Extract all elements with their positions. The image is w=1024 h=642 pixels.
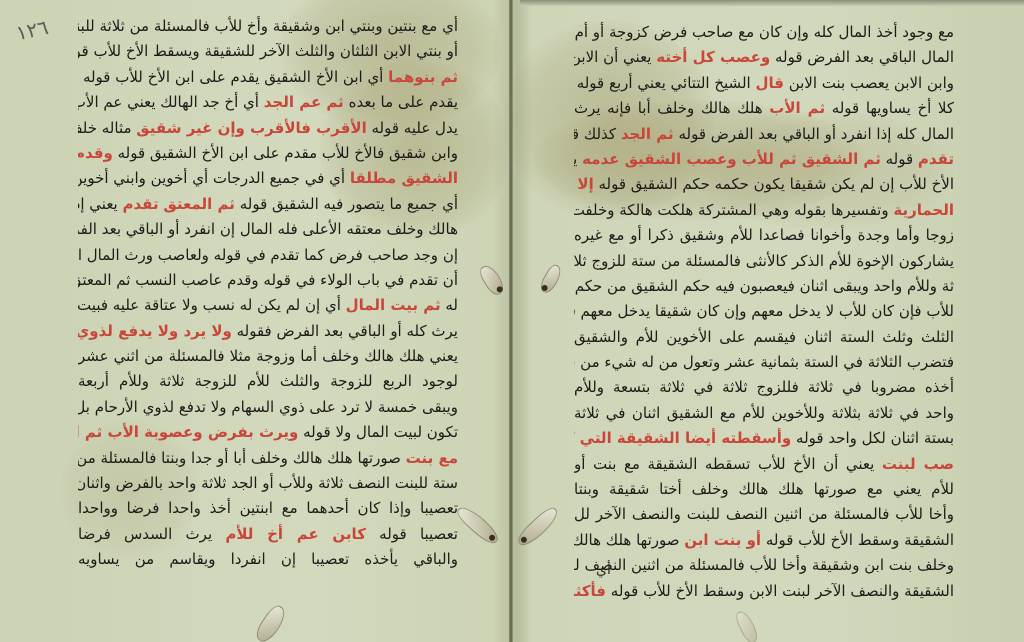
rubric-text: ثم الأب xyxy=(769,99,825,117)
body-text: الشقيقة والنصف الآخر لبنت الابن وسقط الأ… xyxy=(606,582,954,600)
manuscript-line: لوجود الربع للزوجة والثلث للأم للزوجة ثل… xyxy=(78,369,458,394)
body-text: للأب فإن كان للأب لا يدخل معهم وإن كان ش… xyxy=(574,302,954,320)
body-text: أو بنتي الابن الثلثان والثلث الآخر للشقي… xyxy=(78,42,458,60)
left-page: ١٢٦ أي مع بنتين وبنتي ابن وشقيقة وأخ للأ… xyxy=(0,0,512,642)
body-text: ثة وللأم واحد ويبقى اثنان فيعصبون فيه حك… xyxy=(574,277,954,295)
body-text: يرث كله أو الباقي بعد الفرض فقوله xyxy=(232,322,458,340)
manuscript-line: ويبقى خمسة لا ترد على ذوي السهام ولا تدف… xyxy=(78,395,458,420)
rubric-text: إلا في xyxy=(574,175,594,193)
body-text: المال الباقي بعد الفرض قوله xyxy=(770,48,954,66)
body-text: ستة للبنت النصف ثلاثة وللأب أو الجد ثلاث… xyxy=(78,474,458,492)
manuscript-line: الشقيقة وسقط الأخ للأب قوله أو بنت ابن ص… xyxy=(574,528,954,553)
body-text: يدل عليه قوله xyxy=(367,119,458,137)
body-text: يشاركون الإخوة للأم الذكر كالأنثى فالمسئ… xyxy=(574,252,954,270)
rubric-text: وأسقطته أيضا الشقيقة التي كالعا xyxy=(574,429,791,447)
body-text: تعصيبا قوله xyxy=(366,525,458,543)
manuscript-line: وخلف بنت ابن وشقيقة وأخا للأب فالمسئلة م… xyxy=(574,553,954,578)
manuscript-line: مع بنت صورتها هلك هالك وخلف أبا أو جدا و… xyxy=(78,446,458,471)
body-text: لوجود الربع للزوجة والثلث للأم للزوجة ثل… xyxy=(78,372,458,390)
body-text: يقدم على ما بعده xyxy=(344,93,458,111)
manuscript-line: وابن شقيق فالأخ للأب مقدم على ابن الأخ ا… xyxy=(78,141,458,166)
body-text: وابن الابن يعصب بنت الابن xyxy=(784,74,954,92)
rubric-text: ثم بنوهما xyxy=(388,68,458,86)
rubric-text: الشقيق مطلقا xyxy=(350,169,458,187)
manuscript-spread: ١٢٦ أي مع بنتين وبنتي ابن وشقيقة وأخ للأ… xyxy=(0,0,1024,642)
catchword: أي xyxy=(596,562,611,578)
body-text: صورتها هلك هالك وخلف أبا أو جدا وبنتا فا… xyxy=(78,449,406,467)
body-text: وتفسيرها بقوله وهي المشتركة هلكت هالكة و… xyxy=(574,201,893,219)
body-text: واحد في ثلاثة بثلاثة وللأخوين للأم مع ال… xyxy=(574,404,954,422)
rubric-text: فأكثر xyxy=(574,582,606,600)
body-text: يعني إذا هلك xyxy=(78,195,123,213)
body-text: كلا أخ يساويها قوله xyxy=(825,99,954,117)
manuscript-line: للأب فإن كان للأب لا يدخل معهم وإن كان ش… xyxy=(574,299,954,324)
body-text: أن تقدم في باب الولاء في قوله وقدم عاصب … xyxy=(78,271,458,289)
manuscript-line: يرث كله أو الباقي بعد الفرض فقوله ولا ير… xyxy=(78,319,458,344)
body-text: أي ابن الأخ الشقيق يقدم على ابن الأخ للأ… xyxy=(78,68,388,86)
rubric-text: الحمارية xyxy=(893,201,954,219)
manuscript-line: كلا أخ يساويها قوله ثم الأب هلك هالك وخل… xyxy=(574,96,954,121)
rubric-text: الأقرب فالأقرب وإن غير شقيق xyxy=(136,119,366,137)
body-text: أي إن لم يكن له نسب ولا عتاقة عليه فبيت … xyxy=(78,296,346,314)
body-text: يعني أن الأخ للأب تسقطه الشقيقة مع بنت أ… xyxy=(574,455,882,473)
rubric-text: أو بنت ابن xyxy=(684,531,761,549)
folio-number: ١٢٦ xyxy=(14,15,51,45)
body-text: أي في جميع الدرجات أي أخوين وابني أخوين … xyxy=(78,169,350,187)
left-text-block: أي مع بنتين وبنتي ابن وشقيقة وأخ للأب فا… xyxy=(78,14,458,573)
manuscript-line: فتضرب الثلاثة في الستة بثمانية عشر وتعول… xyxy=(574,350,954,375)
right-text-block: مع وجود أخذ المال كله وإن كان مع صاحب فر… xyxy=(574,20,954,604)
body-text: وأخا للأب فالمسئلة من اثنين النصف للبنت … xyxy=(574,505,954,523)
manuscript-line: بستة اثنان لكل واحد قوله وأسقطته أيضا ال… xyxy=(574,426,954,451)
body-text: صورتها هلك هالك xyxy=(574,531,684,549)
body-text: أي جميع ما يتصور فيه الشقيق قوله xyxy=(235,195,458,213)
manuscript-line: تقدم قوله ثم الشقيق ثم للأب وعصب الشقيق … xyxy=(574,147,954,172)
rubric-text: ولا يرد ولا يدفع لذوي الأرحام xyxy=(78,322,232,340)
manuscript-line: إن وجد صاحب فرض كما تقدم في قوله ولعاصب … xyxy=(78,243,458,268)
manuscript-line: أي مع بنتين وبنتي ابن وشقيقة وأخ للأب فا… xyxy=(78,14,458,39)
manuscript-line: مع وجود أخذ المال كله وإن كان مع صاحب فر… xyxy=(574,20,954,45)
body-text: تكون لبيت المال ولا قوله xyxy=(298,423,458,441)
body-text: قوله xyxy=(881,150,918,168)
body-text: يعني هلك هالك وخلف أما وزوجة مثلا فالمسئ… xyxy=(78,347,458,365)
body-text: مع وجود أخذ المال كله وإن كان مع صاحب فر… xyxy=(574,23,954,41)
manuscript-line: يدل عليه قوله الأقرب فالأقرب وإن غير شقي… xyxy=(78,116,458,141)
manuscript-line: تعصيبا قوله كابن عم أخ للأم يرث السدس فر… xyxy=(78,522,458,547)
body-text: ويبقى خمسة لا ترد على ذوي السهام ولا تدف… xyxy=(78,398,458,416)
manuscript-line: ثة وللأم واحد ويبقى اثنان فيعصبون فيه حك… xyxy=(574,274,954,299)
manuscript-line: يقدم على ما بعده ثم عم الجد أي أخ جد اله… xyxy=(78,90,458,115)
body-text: له xyxy=(441,296,458,314)
rubric-text: كابن عم أخ للأم xyxy=(225,525,366,543)
body-text: أي أخ جد الهالك يعني عم الأب ولكن xyxy=(78,93,264,111)
body-text: يعني xyxy=(574,150,582,168)
body-text: مثاله خلف أخا للأب xyxy=(78,119,136,137)
rubric-text: تقدم xyxy=(918,150,954,168)
rubric-text: وعصب كل أخته xyxy=(656,48,770,66)
manuscript-line: أن تقدم في باب الولاء في قوله وقدم عاصب … xyxy=(78,268,458,293)
rubric-text: ثم عم الجد xyxy=(264,93,344,111)
rubric-text: صب لبنت xyxy=(882,455,954,473)
body-text: إن وجد صاحب فرض كما تقدم في قوله ولعاصب … xyxy=(78,246,458,264)
manuscript-line: الثلث وثلث الستة اثنان فيقسم على الأخوين… xyxy=(574,325,954,350)
body-text: يرث السدس فرضا xyxy=(78,525,225,543)
manuscript-line: الأخ للأب إن لم يكن شقيقا يكون حكمه حكم … xyxy=(574,172,954,197)
rubric-text: مع بنت xyxy=(406,449,458,467)
manuscript-line: زوجا وأما وجدة وأخوانا فصاعدا للأم وشقيق… xyxy=(574,223,954,248)
manuscript-line: تكون لبيت المال ولا قوله ويرث بفرض وعصوب… xyxy=(78,420,458,445)
manuscript-line: وابن الابن يعصب بنت الابن قال الشيخ التت… xyxy=(574,71,954,96)
manuscript-line: واحد في ثلاثة بثلاثة وللأخوين للأم مع ال… xyxy=(574,401,954,426)
body-text: الأخ للأب إن لم يكن شقيقا يكون حكمه حكم … xyxy=(594,175,954,193)
manuscript-line: الشقيق مطلقا أي في جميع الدرجات أي أخوين… xyxy=(78,166,458,191)
manuscript-line: له ثم بيت المال أي إن لم يكن له نسب ولا … xyxy=(78,293,458,318)
rubric-text: ثم بيت المال xyxy=(346,296,441,314)
body-text: المال كله إذا انفرد أو الباقي بعد الفرض … xyxy=(674,125,954,143)
manuscript-line: أخذه مضروبا في ثلاثة فللزوج ثلاثة في ثلا… xyxy=(574,375,954,400)
body-text: الثلث وثلث الستة اثنان فيقسم على الأخوين… xyxy=(574,328,954,346)
rubric-text: قال xyxy=(755,74,783,92)
body-text: وخلف بنت ابن وشقيقة وأخا للأب فالمسئلة م… xyxy=(574,556,954,574)
manuscript-line: أي جميع ما يتصور فيه الشقيق قوله ثم المع… xyxy=(78,192,458,217)
body-text: زوجا وأما وجدة وأخوانا فصاعدا للأم وشقيق… xyxy=(574,226,954,244)
manuscript-line: المال كله إذا انفرد أو الباقي بعد الفرض … xyxy=(574,122,954,147)
body-text: تعصيبا وإذا كان أحدهما مع ابنتين أخذ واح… xyxy=(78,499,458,517)
body-text: هالك وخلف معتقه الأعلى فله المال إن انفر… xyxy=(78,220,458,238)
rubric-text: وقدم مع التساوي xyxy=(78,144,113,162)
body-text: للأم يعني مع صورتها هلك هالك وخلف أختا ش… xyxy=(574,480,954,498)
body-text: أي مع بنتين وبنتي ابن وشقيقة وأخ للأب فا… xyxy=(78,17,458,35)
body-text: هلك هالك وخلف أبا فإنه يرث xyxy=(574,99,769,117)
body-text: بستة اثنان لكل واحد قوله xyxy=(791,429,954,447)
rubric-text: تقدم xyxy=(123,195,159,213)
manuscript-line: أو بنتي الابن الثلثان والثلث الآخر للشقي… xyxy=(78,39,458,64)
rubric-text: ثم المعتق xyxy=(163,195,235,213)
body-text: والباقي يأخذه تعصيبا إن انفردا ويقاسم من… xyxy=(78,550,458,568)
rubric-text: ثم الشقيق ثم للأب وعصب الشقيق عدمه xyxy=(582,150,881,168)
manuscript-line: تعصيبا وإذا كان أحدهما مع ابنتين أخذ واح… xyxy=(78,496,458,521)
manuscript-line: يعني هلك هالك وخلف أما وزوجة مثلا فالمسئ… xyxy=(78,344,458,369)
manuscript-line: يشاركون الإخوة للأم الذكر كالأنثى فالمسئ… xyxy=(574,249,954,274)
manuscript-line: هالك وخلف معتقه الأعلى فله المال إن انفر… xyxy=(78,217,458,242)
manuscript-line: صب لبنت يعني أن الأخ للأب تسقطه الشقيقة … xyxy=(574,452,954,477)
body-text: فتضرب الثلاثة في الستة بثمانية عشر وتعول… xyxy=(574,353,954,371)
body-text: يعني أن الابن يعصب البنت xyxy=(574,48,656,66)
right-page: مع وجود أخذ المال كله وإن كان مع صاحب فر… xyxy=(514,0,1024,642)
manuscript-line: للأم يعني مع صورتها هلك هالك وخلف أختا ش… xyxy=(574,477,954,502)
manuscript-line: ثم بنوهما أي ابن الأخ الشقيق يقدم على اب… xyxy=(78,65,458,90)
body-text: الشقيقة وسقط الأخ للأب قوله xyxy=(761,531,954,549)
manuscript-line: الحمارية وتفسيرها بقوله وهي المشتركة هلك… xyxy=(574,198,954,223)
body-text: أخذه مضروبا في ثلاثة فللزوج ثلاثة في ثلا… xyxy=(574,378,954,396)
manuscript-line: وأخا للأب فالمسئلة من اثنين النصف للبنت … xyxy=(574,502,954,527)
body-text: الشيخ التتائي يعني أربع قوله وعصب xyxy=(574,74,755,92)
manuscript-line: المال الباقي بعد الفرض قوله وعصب كل أخته… xyxy=(574,45,954,70)
body-text: كذلك قوله xyxy=(574,125,621,143)
rubric-text: ويرث بفرض وعصوبة الأب ثم الجد xyxy=(78,423,298,441)
body-text: وابن شقيق فالأخ للأب مقدم على ابن الأخ ا… xyxy=(113,144,458,162)
manuscript-line: ستة للبنت النصف ثلاثة وللأب أو الجد ثلاث… xyxy=(78,471,458,496)
manuscript-line: الشقيقة والنصف الآخر لبنت الابن وسقط الأ… xyxy=(574,579,954,604)
rubric-text: ثم الجد xyxy=(621,125,674,143)
manuscript-line: والباقي يأخذه تعصيبا إن انفردا ويقاسم من… xyxy=(78,547,458,572)
